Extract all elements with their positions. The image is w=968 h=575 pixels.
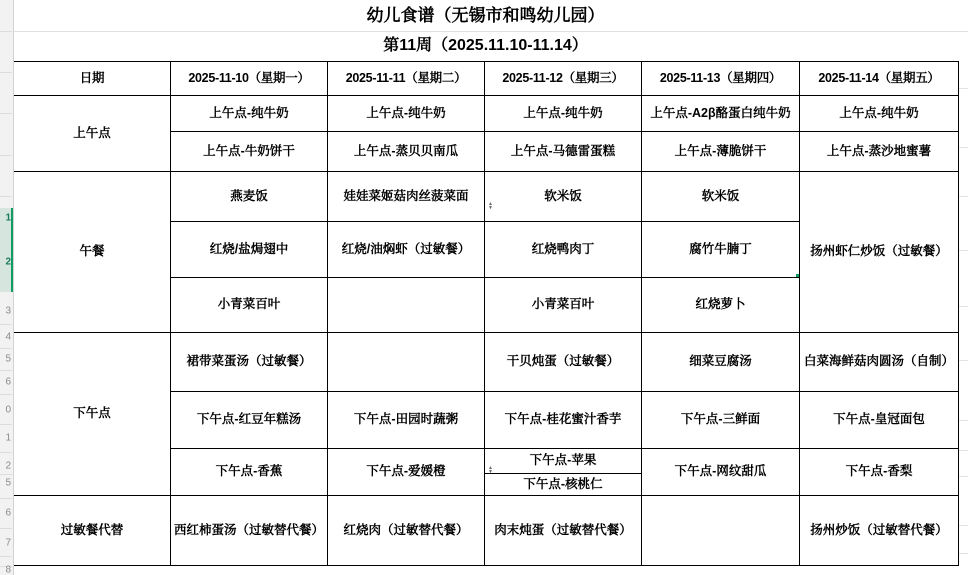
- row-strip-separator: [0, 155, 12, 156]
- section-label-lunch[interactable]: 午餐: [14, 172, 171, 333]
- row-header-number[interactable]: 2: [5, 257, 11, 268]
- cell-fri-afternoon-2[interactable]: 下午点-皇冠面包: [800, 392, 959, 449]
- cell-tue-lunch-2[interactable]: 红烧/油焖虾（过敏餐）: [328, 222, 485, 278]
- row-header-number[interactable]: 5: [5, 478, 11, 489]
- row-header-number[interactable]: 5: [5, 354, 11, 365]
- row-strip-separator: [0, 196, 12, 197]
- row-strip-separator: [0, 31, 12, 32]
- gridline: [959, 306, 968, 307]
- cell-wed-allergy[interactable]: 肉末炖蛋（过敏替代餐）: [485, 496, 642, 566]
- day-header-tuesday[interactable]: 2025-11-11（星期二）: [328, 62, 485, 96]
- gridline: [959, 88, 968, 89]
- cell-wed-morning-2[interactable]: 上午点-马德雷蛋糕: [485, 132, 642, 172]
- row-strip-separator: [0, 370, 12, 371]
- cell-thu-lunch-3[interactable]: 红烧萝卜: [642, 278, 800, 333]
- cell-mon-afternoon-1[interactable]: 裙带菜蛋汤（过敏餐）: [171, 333, 328, 392]
- meal-schedule-table: 日期 2025-11-10（星期一） 2025-11-11（星期二） 2025-…: [13, 61, 959, 566]
- cell-tue-lunch-1[interactable]: 娃娃菜姬菇肉丝菠菜面: [328, 172, 485, 222]
- day-header-thursday[interactable]: 2025-11-13（星期四）: [642, 62, 800, 96]
- row-resize-handle[interactable]: ▲▼: [10, 202, 968, 210]
- row-strip-separator: [0, 113, 12, 114]
- cell-fri-afternoon-1[interactable]: 白菜海鲜菇肉圆汤（自制）: [800, 333, 959, 392]
- cell-tue-morning-2[interactable]: 上午点-蒸贝贝南瓜: [328, 132, 485, 172]
- cell-thu-afternoon-1[interactable]: 细菜豆腐汤: [642, 333, 800, 392]
- cell-wed-afternoon-3b[interactable]: 下午点-核桃仁: [485, 474, 642, 496]
- allergy-substitute-row: 过敏餐代替 西红柿蛋汤（过敏替代餐） 红烧肉（过敏替代餐） 肉末炖蛋（过敏替代餐…: [14, 496, 959, 566]
- row-header-number[interactable]: 1: [5, 433, 11, 444]
- cell-tue-morning-1[interactable]: 上午点-纯牛奶: [328, 96, 485, 132]
- row-header-number[interactable]: 8: [5, 565, 11, 575]
- morning-snack-row-1: 上午点 上午点-纯牛奶 上午点-纯牛奶 上午点-纯牛奶 上午点-A2β酪蛋白纯牛…: [14, 96, 959, 132]
- row-header-number[interactable]: 3: [5, 306, 11, 317]
- row-strip-separator: [0, 72, 12, 73]
- gridline: [959, 147, 968, 148]
- gridline: [959, 476, 968, 477]
- row-strip-separator: [0, 348, 12, 349]
- day-header-monday[interactable]: 2025-11-10（星期一）: [171, 62, 328, 96]
- row-strip-separator: [0, 474, 12, 475]
- gridline: [959, 420, 968, 421]
- cell-wed-lunch-3[interactable]: 小青菜百叶: [485, 278, 642, 333]
- cell-fri-morning-1[interactable]: 上午点-纯牛奶: [800, 96, 959, 132]
- cell-mon-lunch-2[interactable]: 红烧/盐焗翅中: [171, 222, 328, 278]
- cell-thu-lunch-1[interactable]: 软米饭: [642, 172, 800, 222]
- cell-thu-morning-2[interactable]: 上午点-薄脆饼干: [642, 132, 800, 172]
- cell-fri-allergy[interactable]: 扬州炒饭（过敏替代餐）: [800, 496, 959, 566]
- cell-wed-lunch-1[interactable]: 软米饭: [485, 172, 642, 222]
- cell-tue-allergy[interactable]: 红烧肉（过敏替代餐）: [328, 496, 485, 566]
- row-header-number[interactable]: 4: [5, 332, 11, 343]
- day-header-wednesday[interactable]: 2025-11-12（星期三）: [485, 62, 642, 96]
- cell-thu-allergy[interactable]: [642, 496, 800, 566]
- cell-fri-lunch-merged[interactable]: 扬州虾仁炒饭（过敏餐）: [800, 172, 959, 333]
- fill-handle[interactable]: [795, 273, 800, 278]
- header-row: 日期 2025-11-10（星期一） 2025-11-11（星期二） 2025-…: [14, 62, 959, 96]
- row-strip-separator: [0, 324, 12, 325]
- row-strip-separator: [0, 394, 12, 395]
- row-strip-separator: [0, 424, 12, 425]
- row-header-number[interactable]: 6: [5, 377, 11, 388]
- row-strip-separator: [0, 452, 12, 453]
- gridline: [959, 525, 968, 526]
- gridline: [959, 360, 968, 361]
- cell-wed-afternoon-2[interactable]: 下午点-桂花蜜汁香芋: [485, 392, 642, 449]
- cell-fri-morning-2[interactable]: 上午点-蒸沙地蜜薯: [800, 132, 959, 172]
- week-subtitle[interactable]: 第11周（2025.11.10-11.14）: [13, 31, 958, 61]
- sheet-title[interactable]: 幼儿食谱（无锡市和鸣幼儿园）: [13, 0, 958, 31]
- date-header-cell[interactable]: 日期: [14, 62, 171, 96]
- cell-wed-lunch-2[interactable]: 红烧鸭肉丁: [485, 222, 642, 278]
- row-header-number[interactable]: 0: [5, 405, 11, 416]
- gridline: [959, 250, 968, 251]
- row-header-number[interactable]: 7: [5, 538, 11, 549]
- row-header-strip[interactable]: 1234560125678: [0, 0, 14, 575]
- row-strip-separator: [0, 498, 12, 499]
- cell-mon-allergy[interactable]: 西红柿蛋汤（过敏替代餐）: [171, 496, 328, 566]
- cell-tue-lunch-3[interactable]: [328, 278, 485, 333]
- cell-thu-afternoon-2[interactable]: 下午点-三鲜面: [642, 392, 800, 449]
- row-strip-separator: [0, 528, 12, 529]
- lunch-row-1: 午餐 燕麦饭 娃娃菜姬菇肉丝菠菜面 软米饭 软米饭 扬州虾仁炒饭（过敏餐）: [14, 172, 959, 222]
- cell-mon-lunch-3[interactable]: 小青菜百叶: [171, 278, 328, 333]
- afternoon-snack-row-1: 下午点 裙带菜蛋汤（过敏餐） 干贝炖蛋（过敏餐） 细菜豆腐汤 白菜海鲜菇肉圆汤（…: [14, 333, 959, 392]
- row-header-number[interactable]: 1: [5, 213, 11, 224]
- selected-cell-value: 腐竹牛腩丁: [689, 242, 752, 256]
- cell-tue-afternoon-1[interactable]: [328, 333, 485, 392]
- cell-tue-afternoon-2[interactable]: 下午点-田园时蔬粥: [328, 392, 485, 449]
- row-resize-handle[interactable]: ▲▼: [10, 466, 968, 474]
- day-header-friday[interactable]: 2025-11-14（星期五）: [800, 62, 959, 96]
- gridline: [959, 450, 968, 451]
- cell-mon-afternoon-2[interactable]: 下午点-红豆年糕汤: [171, 392, 328, 449]
- cell-mon-morning-1[interactable]: 上午点-纯牛奶: [171, 96, 328, 132]
- row-strip-separator: [0, 556, 12, 557]
- section-label-allergy-substitute[interactable]: 过敏餐代替: [14, 496, 171, 566]
- cell-wed-afternoon-1[interactable]: 干贝炖蛋（过敏餐）: [485, 333, 642, 392]
- gridline: [959, 196, 968, 197]
- row-header-number[interactable]: 6: [5, 508, 11, 519]
- cell-thu-morning-1[interactable]: 上午点-A2β酪蛋白纯牛奶: [642, 96, 800, 132]
- section-label-morning-snack[interactable]: 上午点: [14, 96, 171, 172]
- selected-cell[interactable]: 腐竹牛腩丁: [642, 222, 800, 278]
- cell-mon-morning-2[interactable]: 上午点-牛奶饼干: [171, 132, 328, 172]
- gridline: [959, 553, 968, 554]
- cell-mon-lunch-1[interactable]: 燕麦饭: [171, 172, 328, 222]
- cell-wed-morning-1[interactable]: 上午点-纯牛奶: [485, 96, 642, 132]
